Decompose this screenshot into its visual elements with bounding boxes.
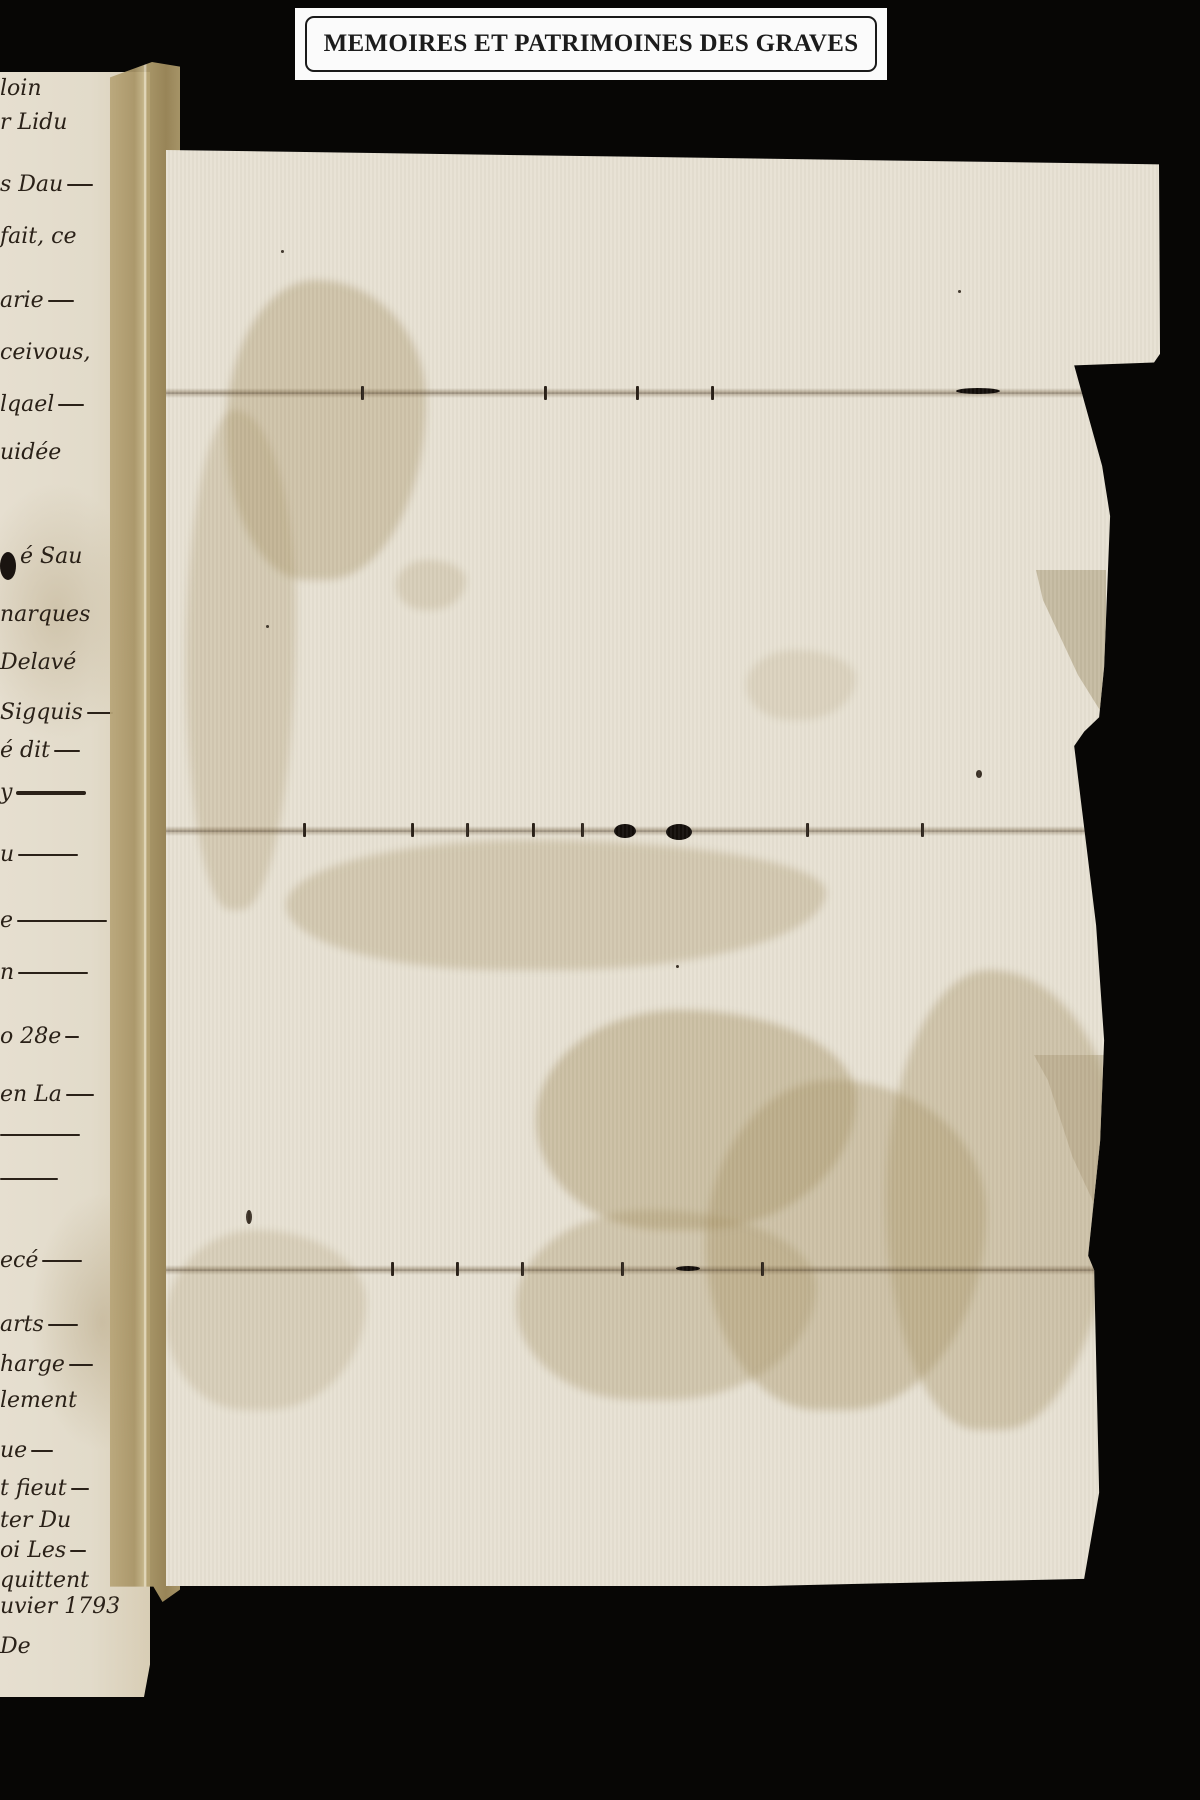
- handwritten-line: uvier 1793: [0, 1594, 150, 1619]
- speck: [246, 1210, 252, 1224]
- fold-blot: [614, 824, 636, 838]
- fold-mark: [466, 823, 469, 837]
- fold-mark: [581, 823, 584, 837]
- main-folded-page: [166, 150, 1164, 1586]
- water-stain: [166, 1230, 366, 1410]
- fold-blot: [956, 388, 1000, 394]
- fold-blot: [666, 824, 692, 840]
- fold-mark: [621, 1262, 624, 1276]
- fold-mark: [532, 823, 535, 837]
- archive-title-label: MEMOIRES ET PATRIMOINES DES GRAVES: [295, 8, 887, 80]
- water-stain: [396, 560, 466, 610]
- fold-blot: [676, 1266, 700, 1271]
- water-stain: [286, 840, 826, 970]
- water-stain: [746, 650, 856, 720]
- fold-mark: [544, 386, 547, 400]
- archive-title-text: MEMOIRES ET PATRIMOINES DES GRAVES: [324, 30, 859, 58]
- fold-mark: [636, 386, 639, 400]
- fold-mark: [456, 1262, 459, 1276]
- fold-mark: [806, 823, 809, 837]
- fold-mark: [921, 823, 924, 837]
- fold-mark: [391, 1262, 394, 1276]
- speck: [266, 625, 269, 628]
- fold-mark: [411, 823, 414, 837]
- archive-title-frame: MEMOIRES ET PATRIMOINES DES GRAVES: [305, 16, 877, 72]
- water-stain: [886, 970, 1116, 1430]
- speck: [676, 965, 679, 968]
- fold-crease: [166, 1265, 1164, 1275]
- fold-mark: [361, 386, 364, 400]
- speck: [281, 250, 284, 253]
- fold-mark: [303, 823, 306, 837]
- fold-crease: [166, 826, 1164, 836]
- fold-crease: [166, 388, 1164, 398]
- fold-mark: [761, 1262, 764, 1276]
- handwritten-line: De: [0, 1634, 150, 1659]
- fold-mark: [521, 1262, 524, 1276]
- torn-paper-flap: [1036, 570, 1106, 720]
- speck: [958, 290, 961, 293]
- speck: [976, 770, 982, 778]
- fold-mark: [711, 386, 714, 400]
